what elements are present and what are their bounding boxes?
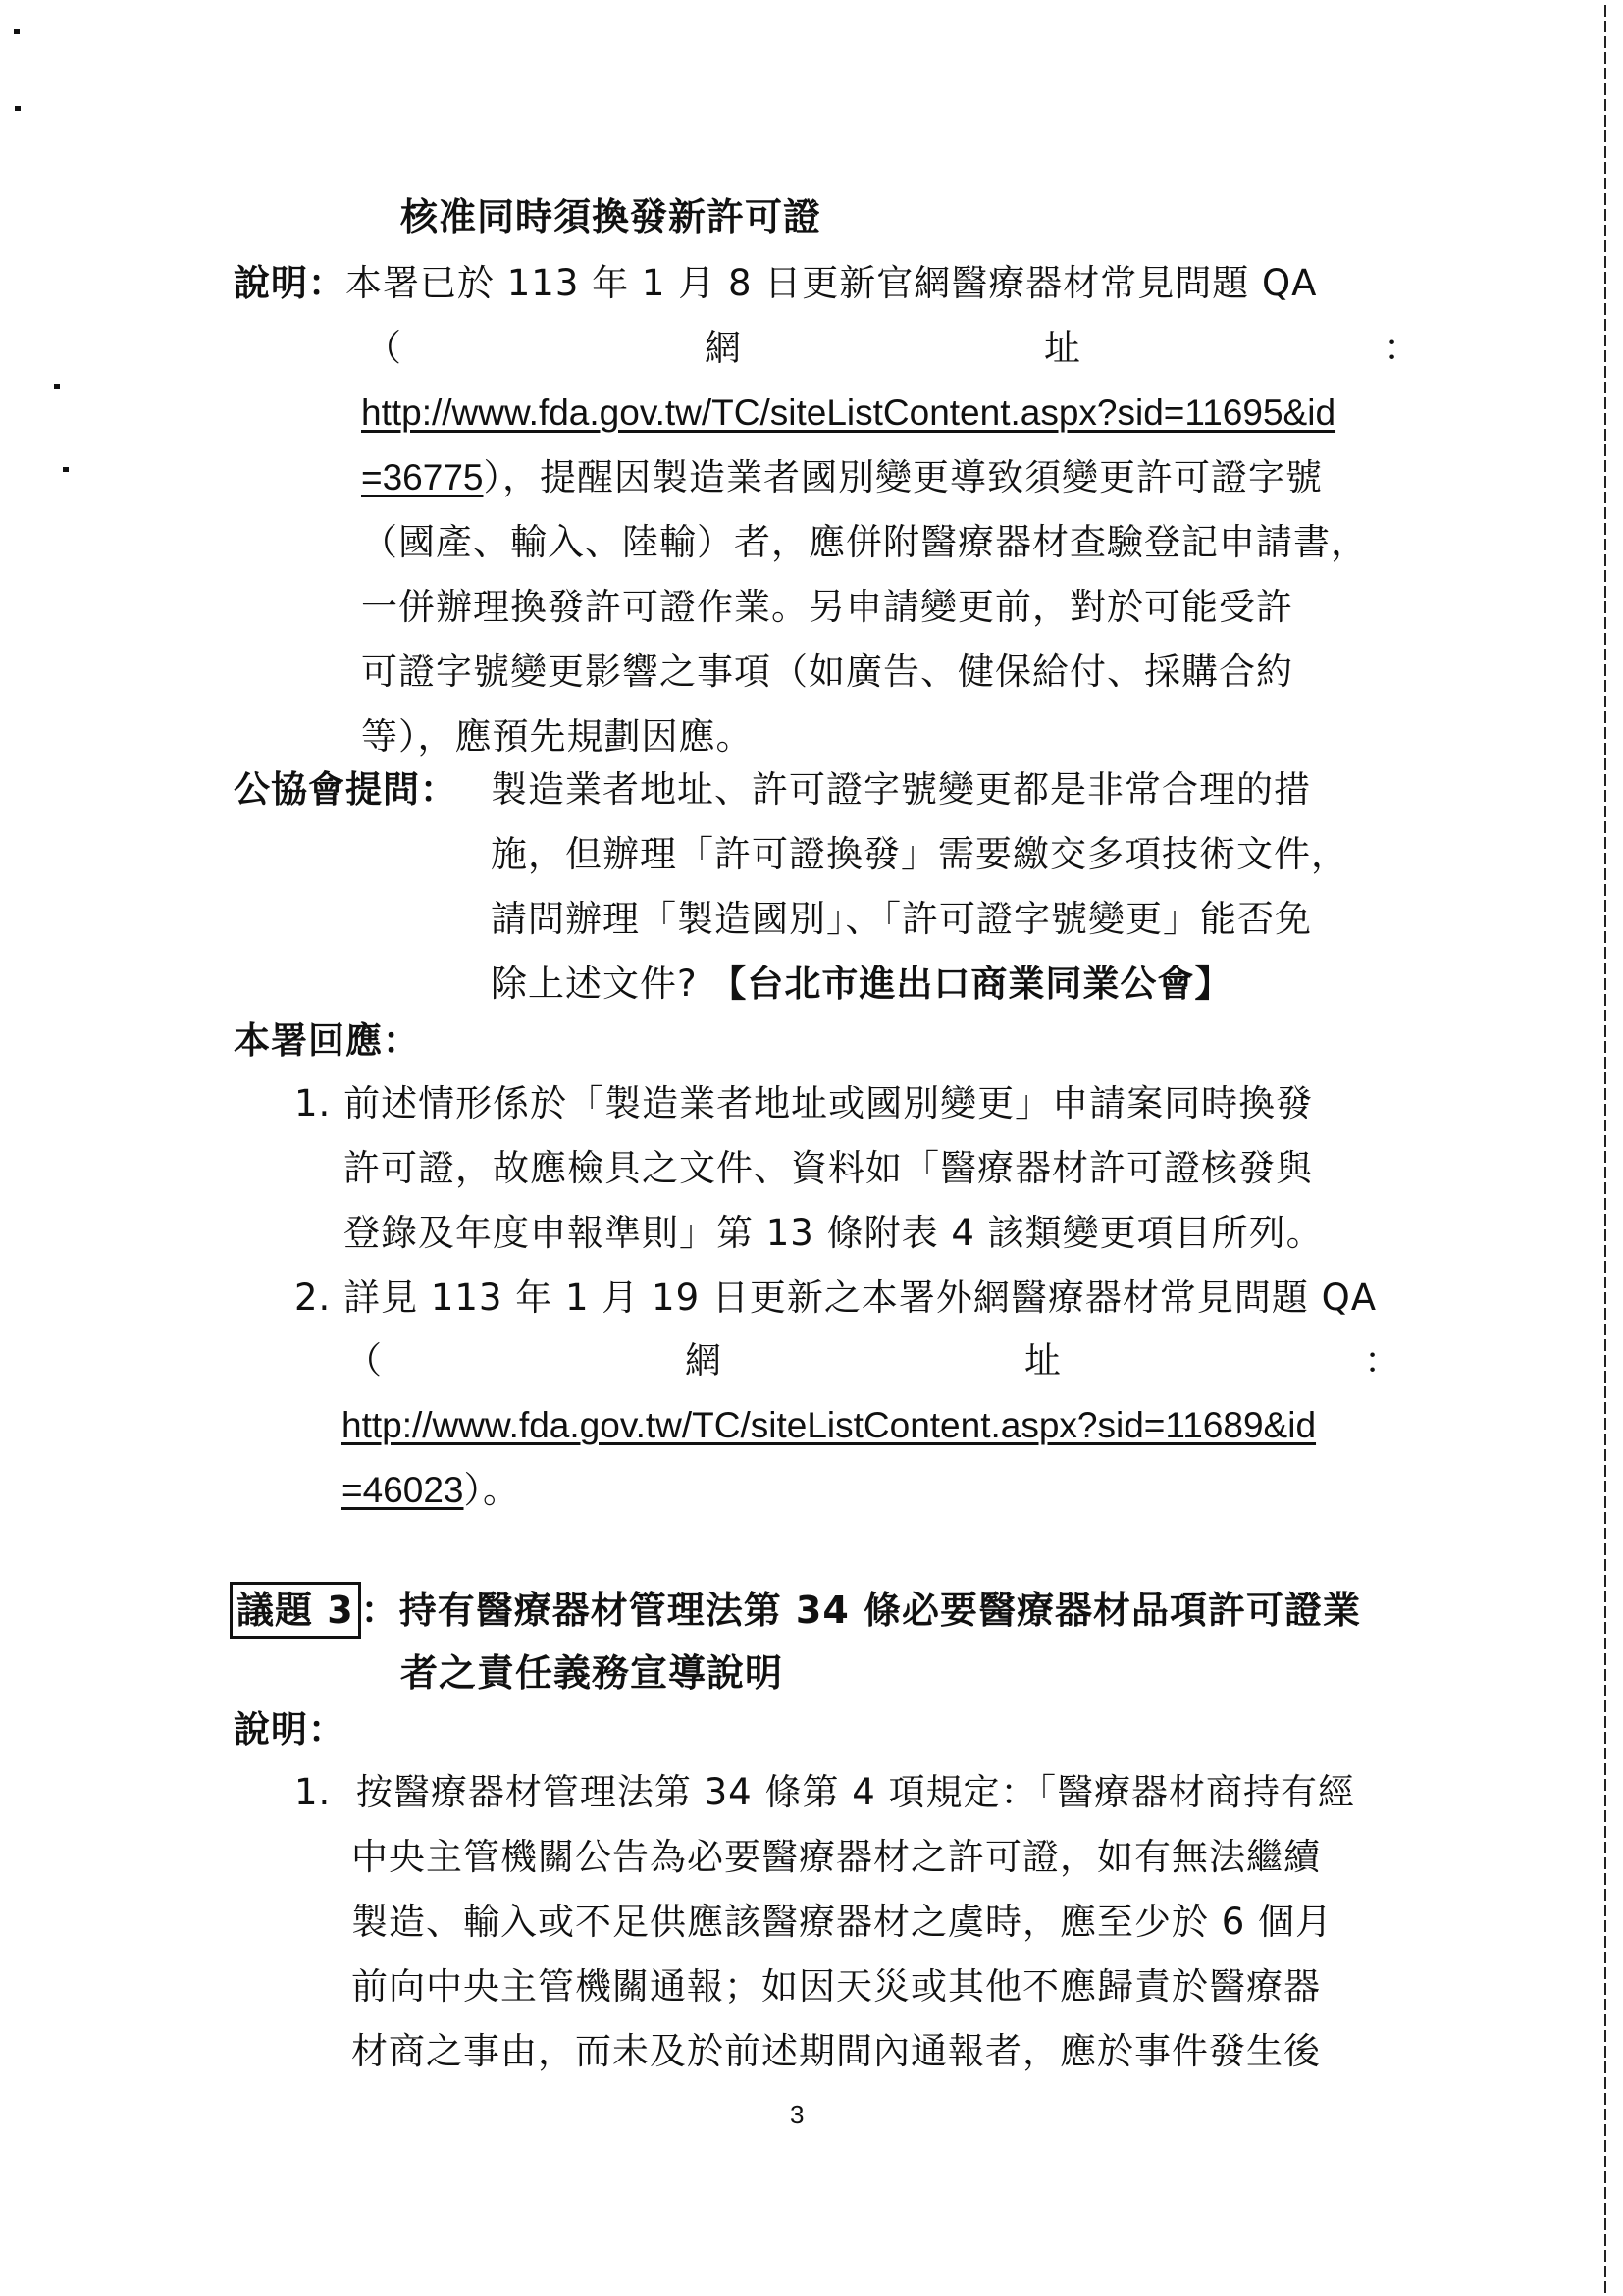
association-question-line-4: 除上述文件? 【台北市進出口商業同業公會】 bbox=[491, 960, 1231, 1009]
scan-edge-line bbox=[1604, 5, 1606, 2296]
agency-response-label: 本署回應： bbox=[234, 1017, 420, 1066]
url-label-char: 網 bbox=[685, 1336, 722, 1385]
response-item-1-line-2: 許可證，故應檢具之文件、資料如「醫療器材許可證核發與 bbox=[343, 1144, 1313, 1193]
response-item-1-line-1: 1. 前述情形係於「製造業者地址或國別變更」申請案同時換發 bbox=[294, 1079, 1313, 1128]
explanation-2-item-1-line-1: 1. 按醫療器材管理法第 34 條第 4 項規定：「醫療器材商持有經 bbox=[294, 1768, 1355, 1817]
scan-artifact-dot bbox=[15, 106, 21, 111]
scan-artifact-dot bbox=[54, 384, 60, 389]
fda-qa-link-1-continued[interactable]: =36775 bbox=[361, 457, 484, 497]
continued-heading: 核准同時須換發新許可證 bbox=[400, 192, 821, 241]
issue-3-title-line-1: 議題 3：持有醫療器材管理法第 34 條必要醫療器材品項許可證業 bbox=[230, 1582, 1361, 1639]
explanation-2-item-1-line-3: 製造、輸入或不足供應該醫療器材之虞時，應至少於 6 個月 bbox=[351, 1898, 1333, 1947]
fda-qa-link-2[interactable]: http://www.fda.gov.tw/TC/siteListContent… bbox=[341, 1405, 1316, 1445]
explanation-2-label: 說明： bbox=[234, 1705, 345, 1754]
colon: ： bbox=[1384, 324, 1421, 373]
url-label-char: 網 bbox=[705, 324, 742, 373]
explanation-1-line-5: 一併辦理換發許可證作業。另申請變更前，對於可能受許 bbox=[361, 583, 1293, 632]
issue-title: 持有醫療器材管理法第 34 條必要醫療器材品項許可證業 bbox=[399, 1589, 1361, 1632]
explanation-text: 本署已於 113 年 1 月 8 日更新官網醫療器材常見問題 QA bbox=[345, 262, 1317, 304]
response-item-2-line-4: =46023）。 bbox=[341, 1466, 520, 1515]
explanation-1-line-3: =36775），提醒因製造業者國別變更導致須變更許可證字號 bbox=[361, 453, 1323, 502]
explanation-text: 按醫療器材管理法第 34 條第 4 項規定：「醫療器材商持有經 bbox=[356, 1771, 1355, 1813]
question-text: 除上述文件? bbox=[491, 963, 698, 1005]
explanation-1-line-4: （國產、輸入、陸輸）者，應併附醫療器材查驗登記申請書， bbox=[361, 518, 1368, 567]
explanation-1-url-label-row: （ 網 址 ： bbox=[365, 324, 1421, 373]
explanation-text: ），提醒因製造業者國別變更導致須變更許可證字號 bbox=[484, 456, 1324, 498]
fda-qa-link-1[interactable]: http://www.fda.gov.tw/TC/siteListContent… bbox=[361, 392, 1335, 433]
paren-open: （ bbox=[365, 324, 402, 373]
response-text: ）。 bbox=[464, 1469, 521, 1511]
issue-colon: ： bbox=[361, 1589, 399, 1632]
url-label-char: 址 bbox=[1044, 324, 1081, 373]
response-text: 前述情形係於「製造業者地址或國別變更」申請案同時換發 bbox=[343, 1082, 1313, 1124]
list-number: 1. bbox=[294, 1771, 331, 1813]
issue-3-title-line-2: 者之責任義務宣導說明 bbox=[400, 1648, 783, 1697]
document-page: 核准同時須換發新許可證 說明：本署已於 113 年 1 月 8 日更新官網醫療器… bbox=[0, 0, 1623, 2296]
explanation-1-url-line: http://www.fda.gov.tw/TC/siteListContent… bbox=[361, 389, 1335, 438]
association-question-line-3: 請問辦理「製造國別」、「許可證字號變更」能否免 bbox=[491, 895, 1312, 944]
explanation-2-item-1-line-4: 前向中央主管機關通報；如因天災或其他不應歸責於醫療器 bbox=[351, 1962, 1321, 2011]
association-question-line-2: 施，但辦理「許可證換發」需要繳交多項技術文件， bbox=[491, 830, 1348, 879]
scan-artifact-dot bbox=[14, 29, 20, 34]
explanation-2-item-1-line-5: 材商之事由，而未及於前述期間內通報者，應於事件發生後 bbox=[351, 2027, 1321, 2076]
explanation-1-line-6: 可證字號變更影響之事項（如廣告、健保給付、採購合約 bbox=[361, 648, 1293, 697]
page-number: 3 bbox=[790, 2100, 804, 2130]
response-item-2-line-1: 2. 詳見 113 年 1 月 19 日更新之本署外網醫療器材常見問題 QA bbox=[294, 1274, 1377, 1323]
association-question-line-1: 製造業者地址、許可證字號變更都是非常合理的措 bbox=[491, 765, 1311, 814]
response-item-2-url-line: http://www.fda.gov.tw/TC/siteListContent… bbox=[341, 1401, 1316, 1450]
paren-open: （ bbox=[345, 1336, 383, 1385]
association-question-label: 公協會提問： bbox=[234, 765, 457, 814]
scan-artifact-dot bbox=[63, 467, 69, 472]
explanation-2-item-1-line-2: 中央主管機關公告為必要醫療器材之許可證，如有無法繼續 bbox=[351, 1833, 1321, 1882]
response-text: 詳見 113 年 1 月 19 日更新之本署外網醫療器材常見問題 QA bbox=[343, 1277, 1377, 1319]
response-item-1-line-3: 登錄及年度申報準則」第 13 條附表 4 該類變更項目所列。 bbox=[343, 1209, 1324, 1258]
explanation-label: 說明： bbox=[234, 262, 345, 304]
explanation-1-line-7: 等），應預先規劃因應。 bbox=[361, 712, 754, 761]
colon: ： bbox=[1364, 1336, 1401, 1385]
issue-3-tag: 議題 3 bbox=[230, 1582, 361, 1639]
fda-qa-link-2-continued[interactable]: =46023 bbox=[341, 1470, 464, 1510]
association-name: 【台北市進出口商業同業公會】 bbox=[709, 963, 1231, 1005]
response-item-2-url-label-row: （ 網 址 ： bbox=[345, 1336, 1401, 1385]
list-number: 2. bbox=[294, 1277, 331, 1319]
url-label-char: 址 bbox=[1024, 1336, 1062, 1385]
list-number: 1. bbox=[294, 1082, 331, 1124]
explanation-1-line-1: 說明：本署已於 113 年 1 月 8 日更新官網醫療器材常見問題 QA bbox=[234, 259, 1317, 308]
